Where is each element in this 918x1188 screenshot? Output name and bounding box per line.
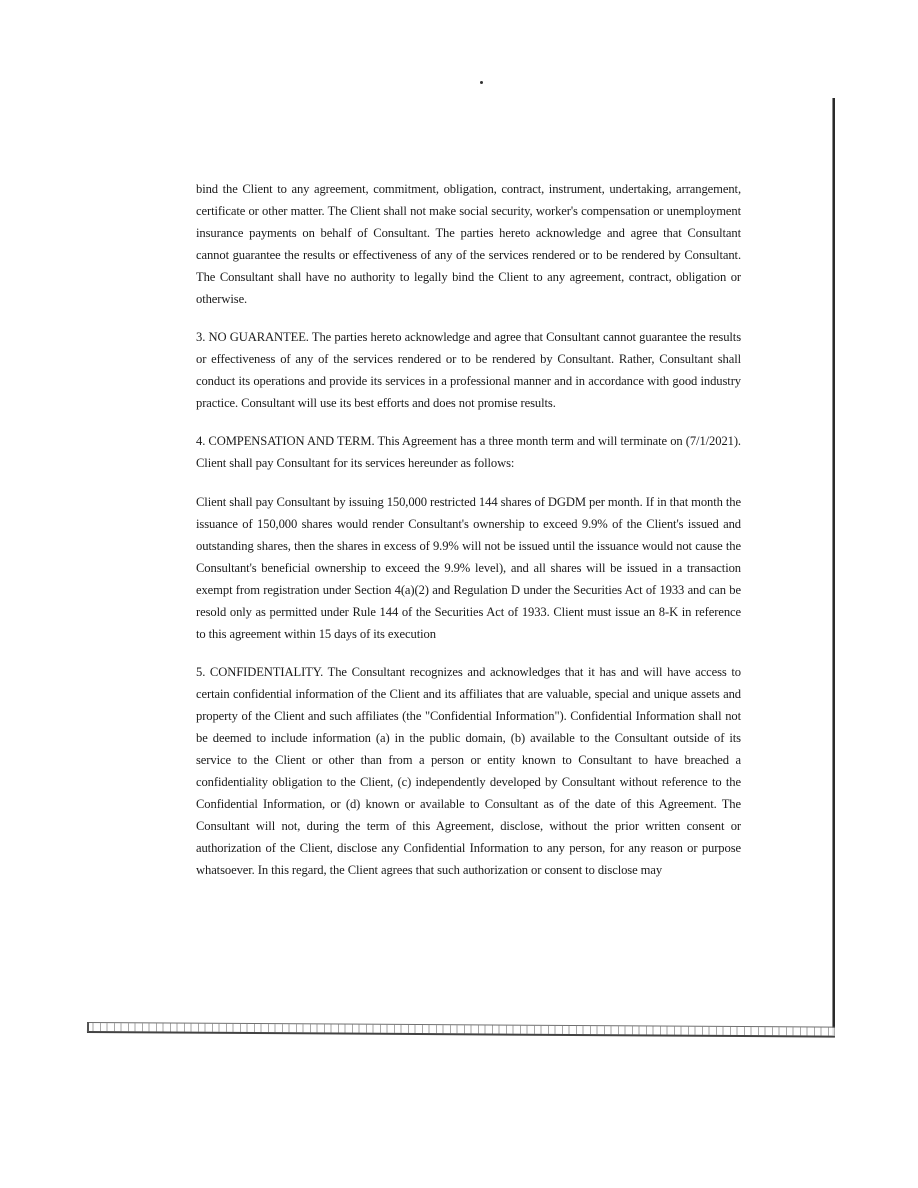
paragraph-section-4-payment-terms: Client shall pay Consultant by issuing 1… — [196, 491, 741, 645]
scanned-page-bottom-edge — [87, 1022, 835, 1038]
scanned-page-right-edge — [833, 98, 835, 1035]
paragraph-section-3-no-guarantee: 3. NO GUARANTEE. The parties hereto ackn… — [196, 326, 741, 414]
document-body: bind the Client to any agreement, commit… — [196, 178, 741, 897]
paragraph-section-5-confidentiality: 5. CONFIDENTIALITY. The Consultant recog… — [196, 661, 741, 881]
paragraph-continuation: bind the Client to any agreement, commit… — [196, 178, 741, 310]
paragraph-section-4-compensation-and-term: 4. COMPENSATION AND TERM. This Agreement… — [196, 430, 741, 474]
scan-speck — [480, 81, 483, 84]
